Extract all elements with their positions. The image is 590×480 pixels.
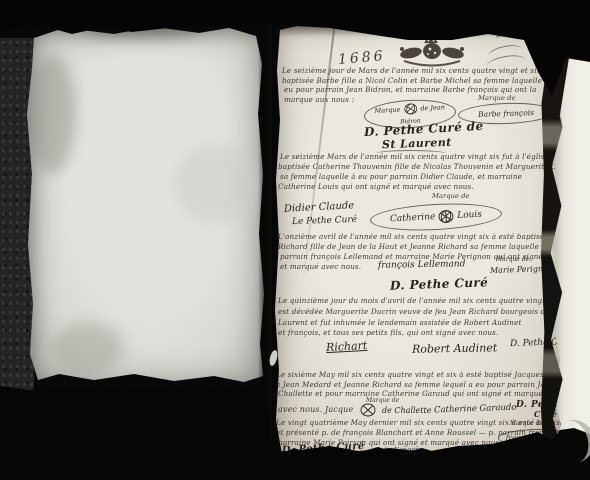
entry5-line: avec nous. Jacque [278,405,353,414]
entry4-line: Laurent et fut inhumée le lendemain assi… [278,318,522,327]
left-blank-page [24,24,264,388]
entry5-line: a Jean Medard et Jeanne Richard sa femme… [276,380,575,389]
entry2-line: Catherine Louis qui ont signé et marqué … [278,182,474,191]
entry1-line: baptisée Barbe fille a Nicol Colin et Ba… [282,76,549,85]
gutter-line [268,24,272,458]
entry2-line: sa femme laquelle à eu pour parrain Didi… [280,172,522,181]
godfather-name: de Jean [420,103,445,112]
right-manuscript-page: 1686 Dilez Le seizième jour de Mars de l… [272,20,568,468]
priest-parish: St Laurent [382,136,452,151]
entry4-signature-audinet: Robert Audinet [412,341,497,355]
entry5-line: Le sixième May mil six cents quatre ving… [276,370,558,379]
stain [174,144,264,224]
stain [52,322,124,374]
entry3-line: Richard fille de Jean de la Haut et Jean… [278,242,578,251]
crossed-circle-mark-icon [360,403,376,417]
entry2-godmother-mark: Catherine Louis [369,201,502,234]
entry2-signature-priest: Le Pethe Curé [292,215,357,227]
entry2-marque: Marque de [432,192,470,200]
entry1-line: Le seizième jour de Mars de l'année mil … [282,66,576,75]
register-photo: 1686 Dilez Le seizième jour de Mars de l… [0,0,590,480]
godmother-name: Barbe françois [478,108,534,119]
entry5-signature-challette: de Challette [382,406,431,415]
godmother-first: Catherine [390,212,436,224]
entry4-line: et françois, et tous ses petits fils, qu… [278,328,498,337]
entry3-line: L'onzième avril de l'année mil six cents… [278,232,574,241]
scribble-monogram-icon [403,103,418,116]
entry4-line: est décédée Marguerite Ducrin veuve de f… [278,307,560,316]
entry1-marque-right: Marque de [478,94,516,102]
godmother-last: Louis [457,210,482,221]
entry2-line: Le seizième Mars de l'année mil six cent… [280,152,552,161]
entry3-line: et marqué avec nous. [280,262,361,271]
entry3-priest-signature: D. Pethe Curé [390,275,489,292]
scribble-monogram-icon [438,209,455,224]
entry5-signature-garaud: Catherine Garaudo [434,403,517,416]
entry5-line: Challette et pour marraine Catherine Gar… [278,389,553,398]
entry3-signature-lellemand: françois Lellemand [378,259,466,271]
entry4-signature-richart: Richart [326,339,368,354]
stain [26,54,76,174]
entry6-marque: Marque de [510,420,543,427]
entry2-signature-claude: Didier Claude [284,200,355,215]
entry1-line: eu pour parrain Jean Bidron, et marraine… [284,85,537,94]
marque-label: Marque [374,106,400,115]
entry3-marque: Marque de [496,256,529,263]
entry4-line: Le quinzième jour du mois d'avril de l'a… [278,296,558,305]
entry2-line: baptisée Catherine Thouvenin fille de Ni… [278,162,574,171]
entry1-line: marque aux nous : [284,95,354,104]
